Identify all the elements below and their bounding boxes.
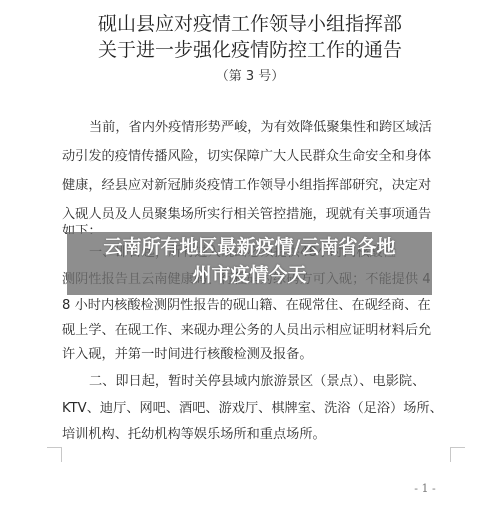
- body-line: 8 小时内核酸检测阴性报告的砚山籍、在砚常住、在砚经商、在: [62, 296, 450, 316]
- headline-overlay-line-1: 云南所有地区最新疫情/云南省各地: [67, 235, 432, 259]
- page-corner-mark-left: [47, 447, 62, 462]
- document-page: 砚山县应对疫情工作领导小组指挥部 关于进一步强化疫情防控工作的通告 （第 3 号…: [0, 0, 500, 528]
- document-title-line-1: 砚山县应对疫情工作领导小组指挥部: [0, 12, 500, 36]
- body-line: 许入砚，并第一时间进行核酸检测及报备。: [62, 345, 450, 365]
- document-title-line-2: 关于进一步强化疫情防控工作的通告: [0, 38, 500, 62]
- page-number: - 1 -: [400, 482, 450, 495]
- body-line: 健康，经县应对新冠肺炎疫情工作领导小组指挥部研究，决定对: [62, 176, 450, 196]
- body-line: 当前，省内外疫情形势严峻，为有效降低聚集性和跨区域活: [89, 118, 450, 138]
- body-line: 动引发的疫情传播风险，切实保障广大人民群众生命安全和身体: [62, 147, 450, 167]
- headline-overlay-line-2: 州市疫情今天: [67, 263, 432, 287]
- body-line: KTV、迪厅、网吧、酒吧、游戏厅、棋牌室、洗浴（足浴）场所、: [62, 399, 450, 419]
- body-line: 二、即日起，暂时关停县域内旅游景区（景点）、电影院、: [89, 372, 450, 392]
- body-line: 培训机构、托幼机构等娱乐场所和重点场所。: [62, 425, 450, 445]
- page-corner-mark-right: [450, 447, 465, 462]
- body-line: 砚上学、在砚工作、来砚办理公务的人员出示相应证明材料后允: [62, 321, 450, 341]
- document-number: （第 3 号）: [0, 68, 500, 86]
